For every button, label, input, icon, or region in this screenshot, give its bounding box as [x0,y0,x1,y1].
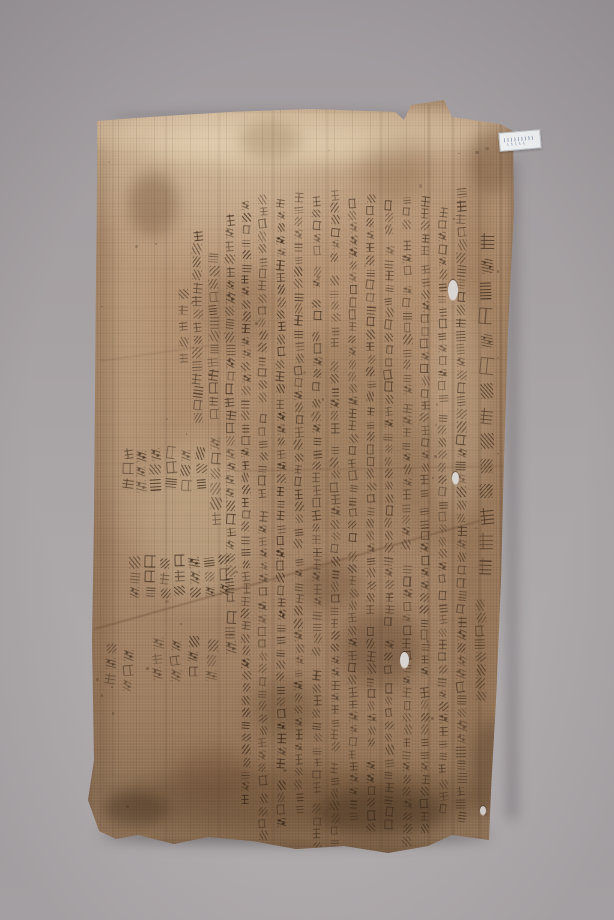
accession-label [498,129,541,152]
paper [82,100,518,854]
accession-label-writing [504,136,534,143]
paper-hole [480,806,486,815]
glyph [312,854,321,864]
hole-layer [82,100,518,854]
paper-hole [400,652,409,668]
paper-hole [448,280,458,300]
paper-hole [452,472,459,484]
photograph: Museum photograph of an aged, heavily wo… [0,0,614,920]
